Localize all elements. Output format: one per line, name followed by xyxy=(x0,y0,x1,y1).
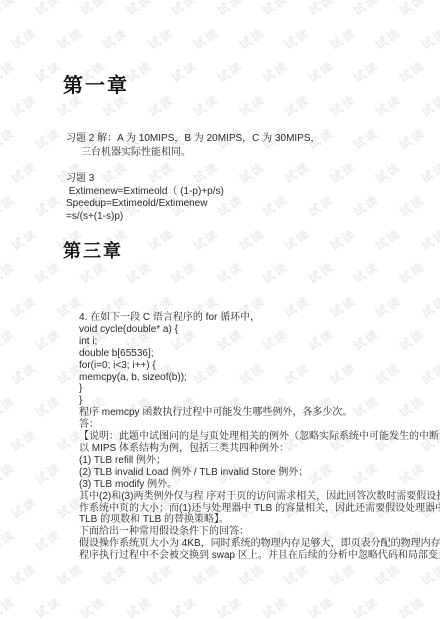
text-line: 假设操作系统页大小为 4KB，同时系统的物理内存足够大，即页表分配的物理内存在 xyxy=(79,538,431,550)
document-page: 试读试读试读试读试读试读试读试读试读试读试读试读试读试读试读试读试读试读试读试读… xyxy=(0,0,440,620)
text-line: void cycle(double* a) { xyxy=(79,324,431,336)
exercise-2-line-2: 三台机器实际性能相同。 xyxy=(66,146,321,160)
text-line: } xyxy=(79,383,431,395)
text-line: } xyxy=(79,395,431,407)
text-line: 答： xyxy=(79,419,431,431)
text-line: (3) TLB modify 例外。 xyxy=(79,479,431,491)
text-line: 其中(2)和(3)两类例外仅与程 序对于页的访问需求相关，因此回答次数时需要假设… xyxy=(79,491,431,503)
text-line: Speedup=Extimeold/Extimenew xyxy=(66,198,224,211)
exercise-2-line-1: 习题 2 解：A 为 10MIPS，B 为 20MIPS，C 为 30MIPS， xyxy=(66,132,321,146)
chapter-1-heading: 第一章 xyxy=(63,69,129,98)
text-line: 下面给出一种常用假设条件下的回答： xyxy=(79,526,431,538)
text-line: TLB 的项数和 TLB 的替换策略】。 xyxy=(79,514,431,526)
text-line: Extimenew=Extimeold（ (1-p)+p/s) xyxy=(66,186,224,199)
text-line: int i; xyxy=(79,336,431,348)
text-line: 【说明：此题中试图问的是与页处理相关的例外（忽略实际系统中可能发生的中断）， xyxy=(79,431,431,443)
text-line: =s/(s+(1-s)p) xyxy=(66,211,224,224)
text-line: memcpy(a, b, sizeof(b)); xyxy=(79,372,431,384)
text-line: 4. 在如下一段 C 语言程序的 for 循环中， xyxy=(79,312,431,324)
text-line: 习题 3 xyxy=(66,173,224,186)
question-4-answer-block: 4. 在如下一段 C 语言程序的 for 循环中，void cycle(doub… xyxy=(79,312,431,562)
text-line: (2) TLB invalid Load 例外 / TLB invalid St… xyxy=(79,467,431,479)
text-line: 程序执行过程中不会被交换到 swap 区上。并且在后续的分析中忽略代码和局部变量… xyxy=(79,550,431,562)
page-content: 第一章 习题 2 解：A 为 10MIPS，B 为 20MIPS，C 为 30M… xyxy=(0,0,440,620)
text-line: 以 MIPS 体系结构为例，包括三类共四种例外： xyxy=(79,443,431,455)
text-line: 程序 memcpy 函数执行过程中可能发生哪些例外，各多少次。 xyxy=(79,407,431,419)
text-line: 作系统中页的大小；而(1)还与处理器中 TLB 的容量相关，因此还需要假设处理器… xyxy=(79,503,431,515)
chapter-3-heading: 第三章 xyxy=(63,237,123,263)
text-line: (1) TLB refill 例外； xyxy=(79,455,431,467)
exercise-2-paragraph: 习题 2 解：A 为 10MIPS，B 为 20MIPS，C 为 30MIPS，… xyxy=(66,132,321,160)
text-line: for(i=0; i<3; i++) { xyxy=(79,360,431,372)
text-line: double b[65536]; xyxy=(79,348,431,360)
exercise-3-paragraph: 习题 3 Extimenew=Extimeold（ (1-p)+p/s)Spee… xyxy=(66,173,224,223)
